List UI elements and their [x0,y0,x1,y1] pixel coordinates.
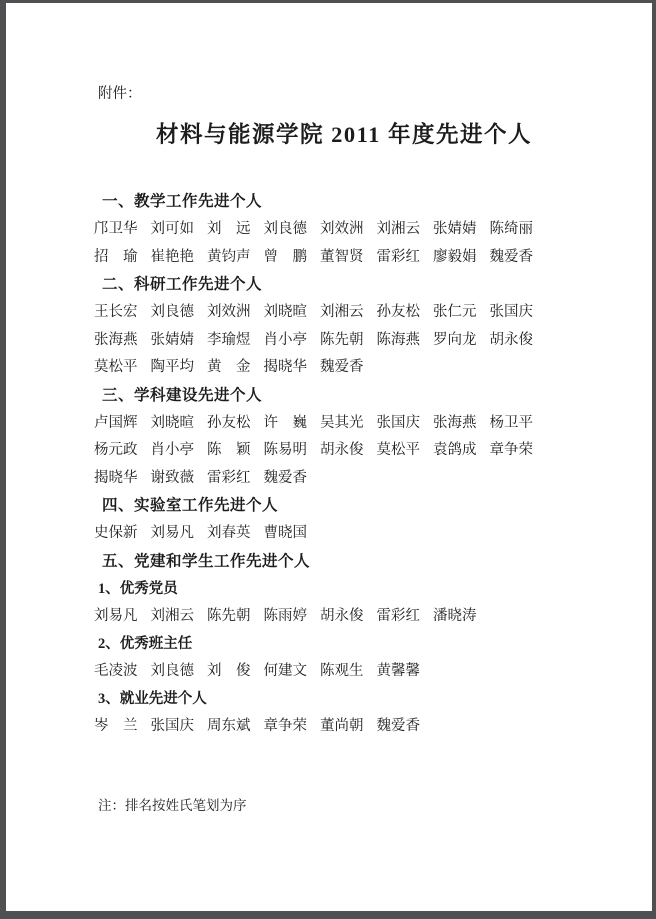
names-row: 莫松平陶平均黄 金揭晓华魏爱香 [94,354,592,382]
person-name: 刘效洲 [207,299,251,327]
person-name: 杨卫平 [490,410,534,438]
subsection-heading: 2、优秀班主任 [98,631,652,659]
names-row: 杨元政肖小亭陈 颖陈易明胡永俊莫松平袁鸽成章争荣 [94,437,592,465]
person-name: 张国庆 [151,713,195,741]
person-name: 陈观生 [320,658,364,686]
person-name: 刘湘云 [320,299,364,327]
person-name: 肖小亭 [151,437,195,465]
person-name: 袁鸽成 [433,437,477,465]
person-name: 张国庆 [490,299,534,327]
person-name: 胡永俊 [320,603,364,631]
person-name: 董智贤 [320,244,364,272]
person-name: 张海燕 [94,327,138,355]
person-name: 陈海燕 [377,327,421,355]
attachment-label: 附件： [98,85,652,103]
subsection-heading: 1、优秀党员 [98,576,652,604]
person-name: 魏爱香 [320,354,364,382]
person-name: 孙友松 [377,299,421,327]
person-name: 刘良德 [264,216,308,244]
person-name: 陈先朝 [207,603,251,631]
section-heading: 一、教学工作先进个人 [102,188,652,216]
person-name: 陈易明 [264,437,308,465]
person-name: 刘晓暄 [151,410,195,438]
person-name: 陈 颖 [207,437,251,465]
names-row: 揭晓华谢致薇雷彩红魏爱香 [94,465,592,493]
person-name: 邝卫华 [94,216,138,244]
person-name: 刘易凡 [94,603,138,631]
person-name: 谢致薇 [151,465,195,493]
person-name: 孙友松 [207,410,251,438]
person-name: 黄钧声 [207,244,251,272]
person-name: 许 巍 [264,410,308,438]
person-name: 张海燕 [433,410,477,438]
person-name: 刘可如 [151,216,195,244]
person-name: 曾 鹏 [264,244,308,272]
person-name: 杨元政 [94,437,138,465]
person-name: 刘 俊 [207,658,251,686]
section-heading: 四、实验室工作先进个人 [102,492,652,520]
names-row: 卢国辉刘晓暄孙友松许 巍吴其光张国庆张海燕杨卫平 [94,410,592,438]
person-name: 罗向龙 [433,327,477,355]
person-name: 魏爱香 [264,465,308,493]
person-name: 吴其光 [320,410,364,438]
section-heading: 三、学科建设先进个人 [102,382,652,410]
person-name: 章争荣 [490,437,534,465]
sections-container: 一、教学工作先进个人邝卫华刘可如刘 远刘良德刘效洲刘湘云张婧婧陈绮丽招 瑜崔艳艳… [6,188,652,741]
person-name: 陈雨婷 [264,603,308,631]
person-name: 张婧婧 [151,327,195,355]
section-heading: 二、科研工作先进个人 [102,271,652,299]
person-name: 刘湘云 [151,603,195,631]
person-name: 魏爱香 [490,244,534,272]
person-name: 黄馨馨 [377,658,421,686]
person-name: 张仁元 [433,299,477,327]
names-row: 毛凌波刘良德刘 俊何建文陈观生黄馨馨 [94,658,592,686]
names-row: 岑 兰张国庆周东斌章争荣董尚朝魏爱香 [94,713,592,741]
person-name: 揭晓华 [94,465,138,493]
person-name: 章争荣 [264,713,308,741]
document-page: 附件： 材料与能源学院 2011 年度先进个人 一、教学工作先进个人邝卫华刘可如… [0,0,656,919]
footnote: 注：排名按姓氏笔划为序 [98,797,652,815]
person-name: 胡永俊 [490,327,534,355]
person-name: 史保新 [94,520,138,548]
person-name: 潘晓涛 [433,603,477,631]
person-name: 廖毅娟 [433,244,477,272]
subsection-heading: 3、就业先进个人 [98,686,652,714]
page-title: 材料与能源学院 2011 年度先进个人 [66,120,622,150]
person-name: 李瑜煜 [207,327,251,355]
person-name: 刘春英 [207,520,251,548]
person-name: 刘效洲 [320,216,364,244]
person-name: 揭晓华 [264,354,308,382]
person-name: 刘晓暄 [264,299,308,327]
names-row: 张海燕张婧婧李瑜煜肖小亭陈先朝陈海燕罗向龙胡永俊 [94,327,592,355]
names-row: 王长宏刘良德刘效洲刘晓暄刘湘云孙友松张仁元张国庆 [94,299,592,327]
person-name: 刘易凡 [151,520,195,548]
person-name: 陶平均 [151,354,195,382]
person-name: 莫松平 [94,354,138,382]
names-row: 邝卫华刘可如刘 远刘良德刘效洲刘湘云张婧婧陈绮丽 [94,216,592,244]
person-name: 曹晓国 [264,520,308,548]
person-name: 莫松平 [377,437,421,465]
person-name: 魏爱香 [377,713,421,741]
person-name: 雷彩红 [377,603,421,631]
person-name: 王长宏 [94,299,138,327]
person-name: 董尚朝 [320,713,364,741]
person-name: 毛凌波 [94,658,138,686]
person-name: 刘 远 [207,216,251,244]
person-name: 卢国辉 [94,410,138,438]
person-name: 张国庆 [377,410,421,438]
person-name: 招 瑜 [94,244,138,272]
section-heading: 五、党建和学生工作先进个人 [102,548,652,576]
person-name: 刘良德 [151,299,195,327]
person-name: 周东斌 [207,713,251,741]
names-row: 刘易凡刘湘云陈先朝陈雨婷胡永俊雷彩红潘晓涛 [94,603,592,631]
person-name: 黄 金 [207,354,251,382]
person-name: 陈先朝 [320,327,364,355]
person-name: 雷彩红 [377,244,421,272]
person-name: 雷彩红 [207,465,251,493]
person-name: 胡永俊 [320,437,364,465]
names-row: 招 瑜崔艳艳黄钧声曾 鹏董智贤雷彩红廖毅娟魏爱香 [94,244,592,272]
names-row: 史保新刘易凡刘春英曹晓国 [94,520,592,548]
person-name: 岑 兰 [94,713,138,741]
person-name: 何建文 [264,658,308,686]
person-name: 肖小亭 [264,327,308,355]
person-name: 陈绮丽 [490,216,534,244]
person-name: 刘湘云 [377,216,421,244]
person-name: 刘良德 [151,658,195,686]
person-name: 张婧婧 [433,216,477,244]
person-name: 崔艳艳 [151,244,195,272]
